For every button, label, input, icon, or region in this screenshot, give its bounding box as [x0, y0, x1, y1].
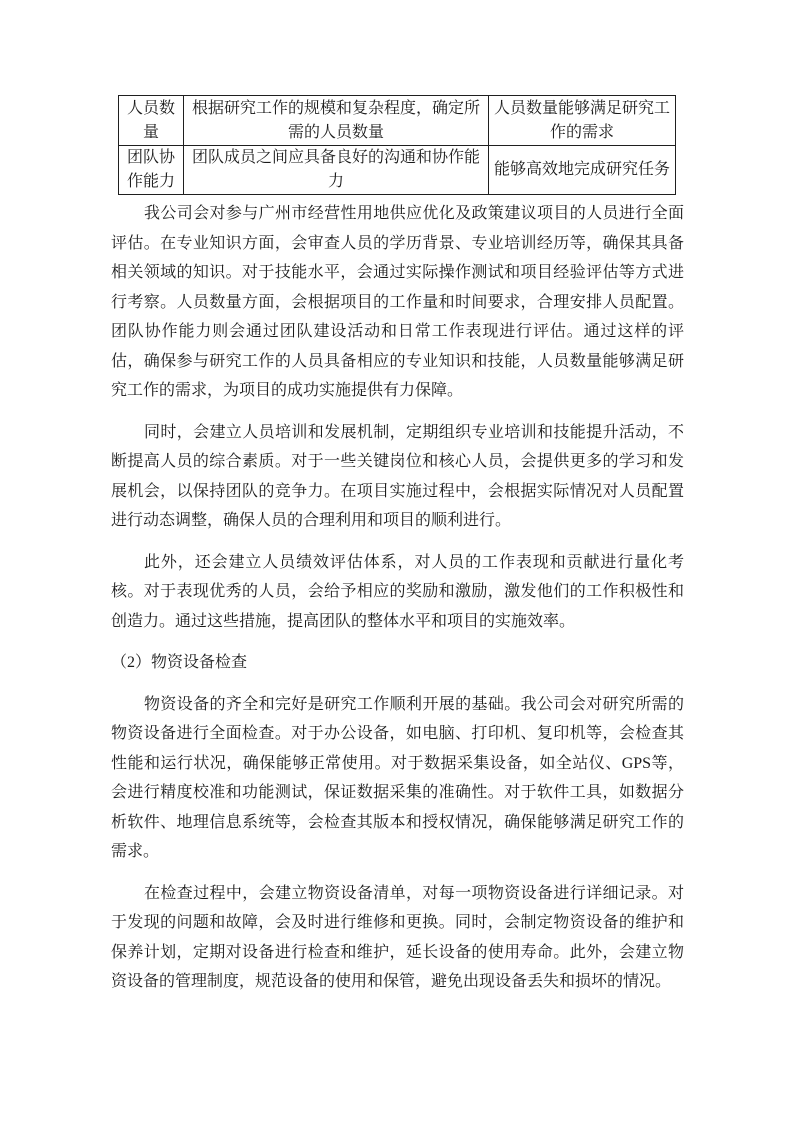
table-row: 人员数量 根据研究工作的规模和复杂程度，确定所需的人员数量 人员数量能够满足研究… [119, 96, 676, 146]
document-page: 人员数量 根据研究工作的规模和复杂程度，确定所需的人员数量 人员数量能够满足研究… [0, 0, 793, 1122]
criterion-cell-personnel-count: 人员数量 [119, 96, 184, 146]
section-heading-equipment-check: （2）物资设备检查 [111, 648, 684, 678]
standard-cell-personnel-count: 人员数量能够满足研究工作的需求 [489, 96, 676, 146]
paragraph-equipment-inspection: 物资设备的齐全和完好是研究工作顺利开展的基础。我公司会对研究所需的物资设备进行全… [111, 690, 684, 867]
criterion-cell-teamwork: 团队协作能力 [119, 146, 184, 195]
paragraph-equipment-maintenance: 在检查过程中，会建立物资设备清单，对每一项物资设备进行详细记录。对于发现的问题和… [111, 879, 684, 997]
method-cell-teamwork: 团队成员之间应具备良好的沟通和协作能力 [184, 146, 489, 195]
method-cell-personnel-count: 根据研究工作的规模和复杂程度，确定所需的人员数量 [184, 96, 489, 146]
paragraph-performance-appraisal: 此外，还会建立人员绩效评估体系，对人员的工作表现和贡献进行量化考核。对于表现优秀… [111, 548, 684, 637]
personnel-evaluation-table: 人员数量 根据研究工作的规模和复杂程度，确定所需的人员数量 人员数量能够满足研究… [118, 95, 676, 195]
paragraph-personnel-evaluation: 我公司会对参与广州市经营性用地供应优化及政策建议项目的人员进行全面评估。在专业知… [111, 199, 684, 406]
table-row: 团队协作能力 团队成员之间应具备良好的沟通和协作能力 能够高效地完成研究任务 [119, 146, 676, 195]
paragraph-training-mechanism: 同时，会建立人员培训和发展机制，定期组织专业培训和技能提升活动，不断提高人员的综… [111, 418, 684, 536]
standard-cell-teamwork: 能够高效地完成研究任务 [489, 146, 676, 195]
